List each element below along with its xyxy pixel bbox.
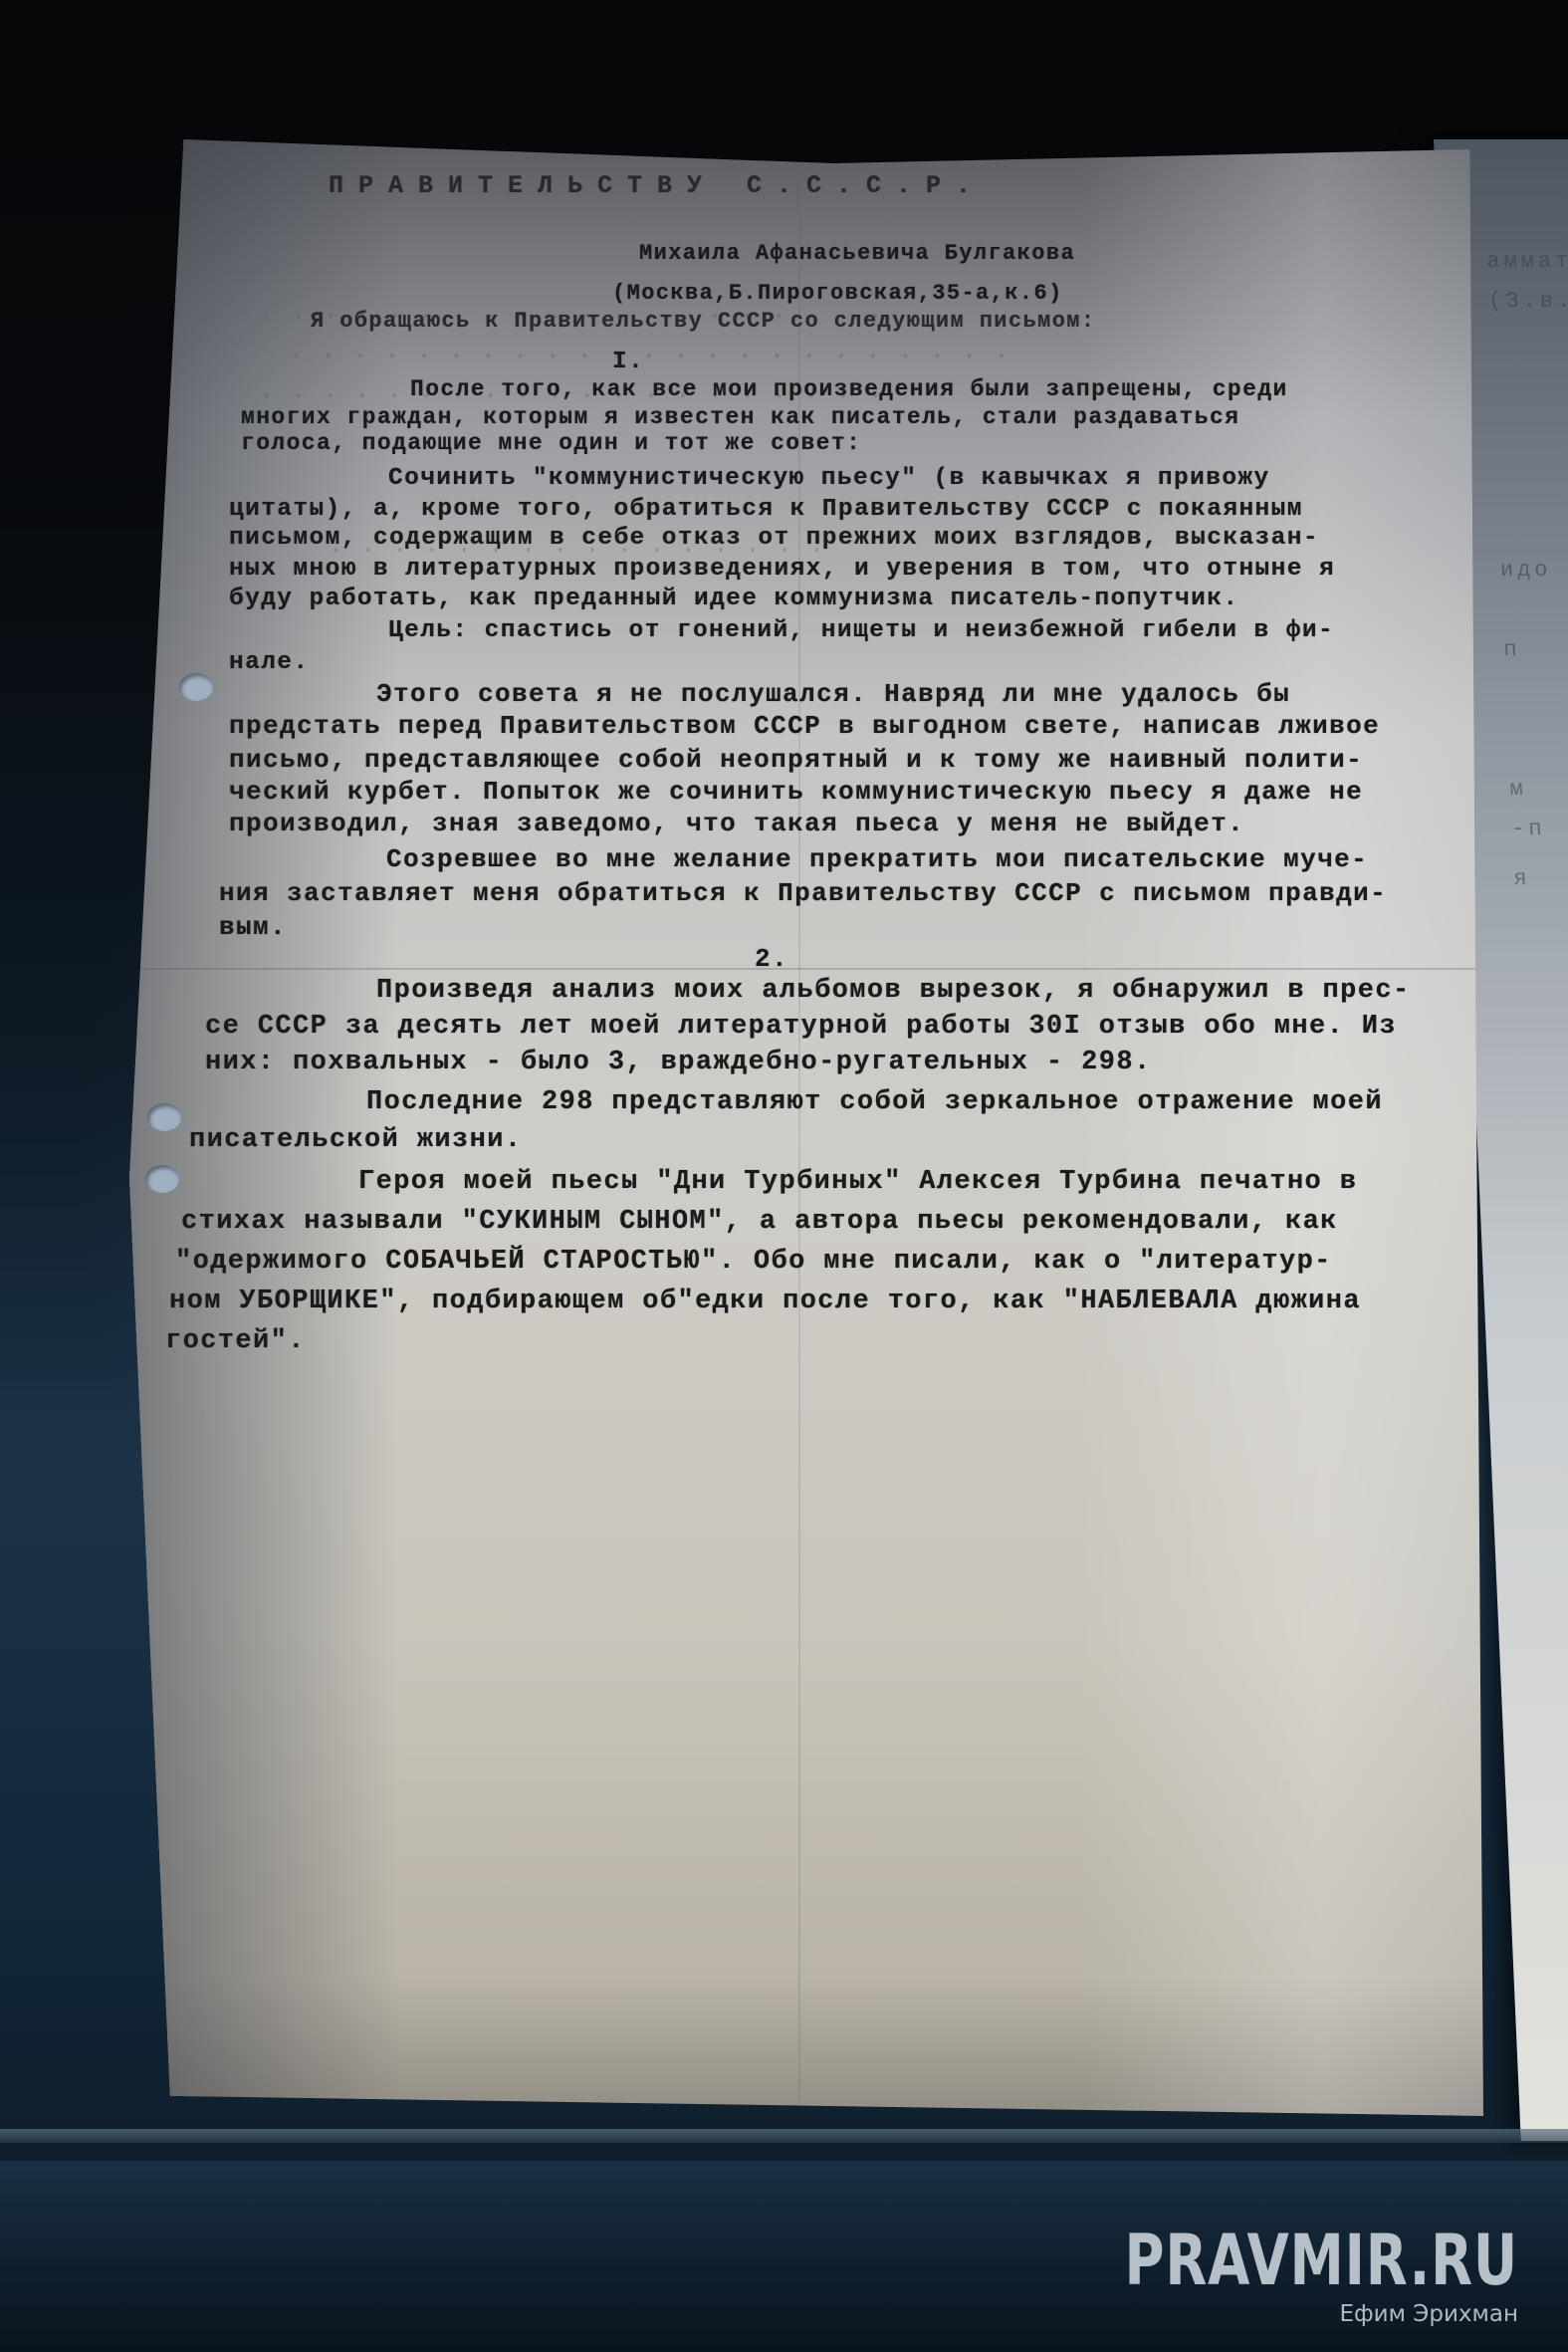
photographer-credit: Ефим Эрихман <box>1013 2301 1518 2327</box>
text-line: Произведя анализ моих альбомов вырезок, … <box>376 976 1411 1006</box>
watermark-brand: PRAVMIR.RU <box>1125 2226 1518 2295</box>
text-line: письмом, содержащим в себе отказ от преж… <box>229 525 1319 552</box>
text-line: писательской жизни. <box>189 1125 522 1155</box>
display-case-edge <box>0 2129 1568 2143</box>
text-line: Этого совета я не послушался. Навряд ли … <box>376 679 1290 709</box>
text-line: "одержимого СОБАЧЬЕЙ СТАРОСТЬЮ". Обо мне… <box>175 1247 1332 1277</box>
text-line: гостей". <box>165 1326 306 1356</box>
sender-address: (Москва,Б.Пироговская,35-а,к.6) <box>612 281 1063 306</box>
section-number: I. <box>612 349 644 375</box>
text-line: письмо, представляющее собой неопрятный … <box>229 745 1363 775</box>
side-page-fragment: (З.в.а.к <box>1488 289 1568 314</box>
sender-name: Михаила Афанасьевича Булгакова <box>639 241 1075 266</box>
text-line: предстать перед Правительством СССР в вы… <box>229 711 1380 741</box>
text-line: Последние 298 представляют собой зеркаль… <box>366 1087 1383 1117</box>
letter-intro: Я обращаюсь к Правительству СССР со след… <box>311 309 1096 334</box>
letter-sheet: . . . . . . . . . . . . . . . . . . . . … <box>129 139 1483 2136</box>
text-line: цитаты), а, кроме того, обратиться к Пра… <box>229 496 1303 523</box>
typewritten-text: . . . . . . . . . . . . . . . . . . . . … <box>129 139 1483 2136</box>
side-page-fragment: идо <box>1499 558 1552 583</box>
text-line: многих граждан, которым я известен как п… <box>241 404 1239 430</box>
watermark: PRAVMIR.RU Ефим Эрихман <box>1013 2226 1518 2327</box>
side-page-fragment: п <box>1503 637 1521 662</box>
text-line: производил, зная заведомо, что такая пье… <box>229 809 1244 838</box>
text-line: вым. <box>219 912 287 942</box>
section-number: 2. <box>755 944 788 974</box>
text-line: ния заставляет меня обратиться к Правите… <box>219 878 1387 908</box>
document-heading: ПРАВИТЕЛЬСТВУ С.С.С.Р. <box>329 171 986 200</box>
text-line: После того, как все мои произведения был… <box>410 376 1288 402</box>
side-page-fragment: я <box>1513 866 1531 891</box>
text-line: ных мною в литературных произведениях, и… <box>229 556 1335 583</box>
text-line: Цель: спастись от гонений, нищеты и неиз… <box>388 617 1334 644</box>
text-line: Созревшее во мне желание прекратить мои … <box>386 844 1368 874</box>
text-line: ческий курбет. Попыток же сочинить комму… <box>229 777 1363 807</box>
text-line: голоса, подающие мне один и тот же совет… <box>241 430 861 456</box>
text-line: стихах называли "СУКИНЫМ СЫНОМ", а автор… <box>181 1207 1338 1237</box>
text-line: Героя моей пьесы "Дни Турбиных" Алексея … <box>358 1167 1357 1197</box>
text-line: нале. <box>229 649 310 676</box>
text-line: буду работать, как преданный идее коммун… <box>229 586 1238 612</box>
text-line: них: похвальных - было 3, враждебно-руга… <box>205 1048 1152 1077</box>
text-line: ном УБОРЩИКЕ", подбирающем об"едки после… <box>169 1287 1361 1316</box>
text-line: Сочинить "коммунистическую пьесу" (в кав… <box>388 465 1270 492</box>
side-page-fragment: -п <box>1511 817 1546 841</box>
side-page-fragment: аммата <box>1486 249 1568 274</box>
text-line: се СССР за десять лет моей литературной … <box>205 1012 1397 1042</box>
side-page-fragment: м <box>1509 777 1527 802</box>
